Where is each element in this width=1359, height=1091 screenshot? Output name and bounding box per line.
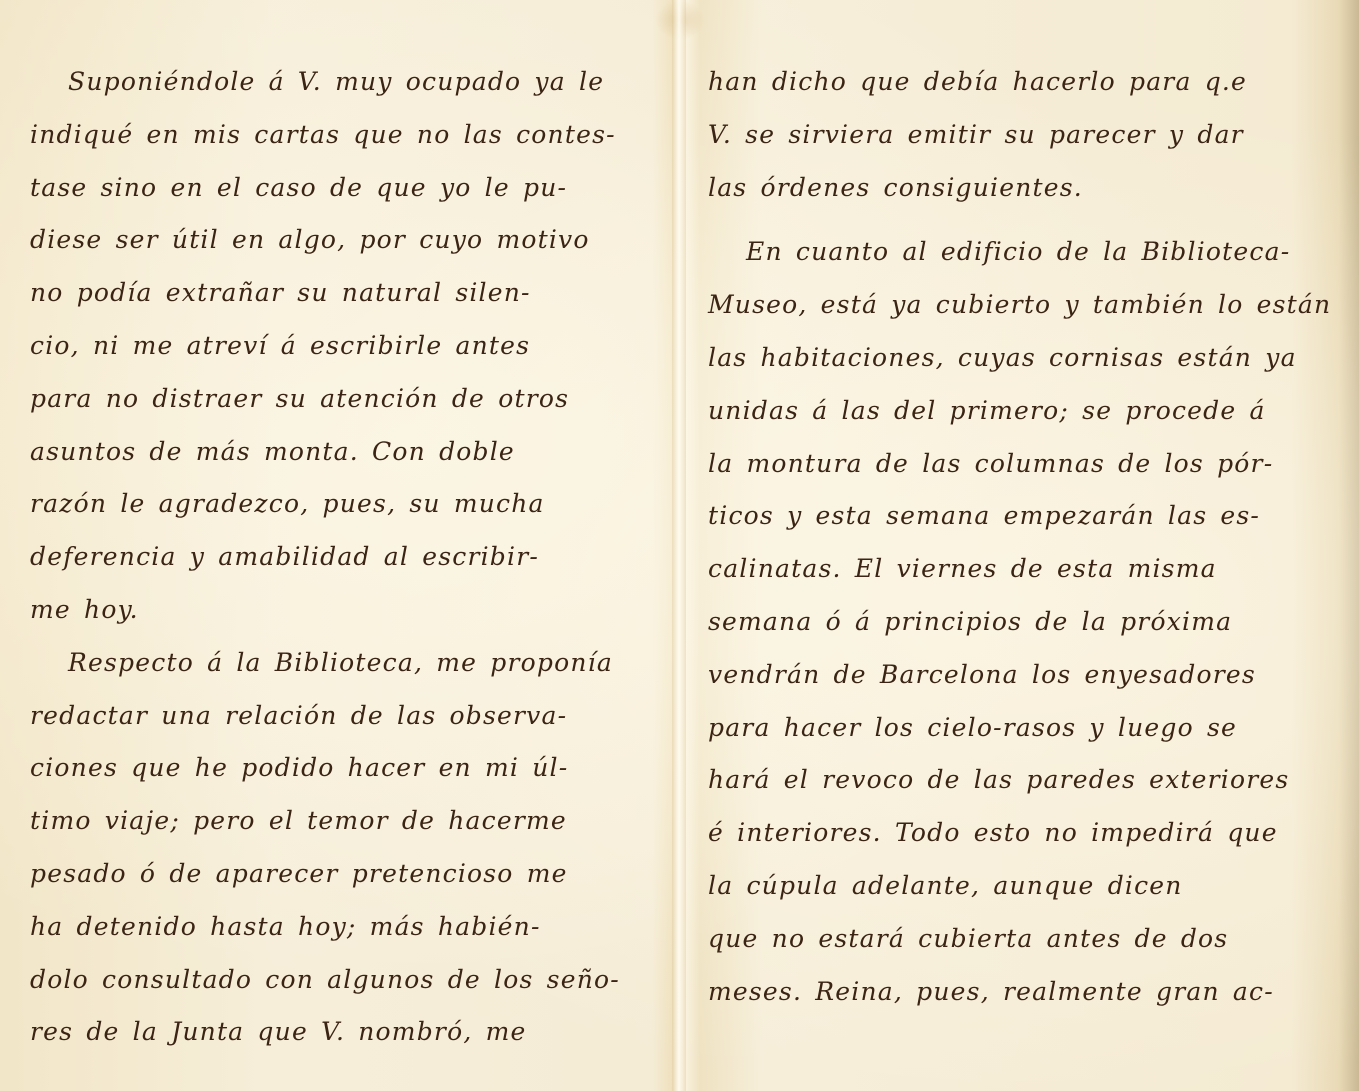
text-line: deferencia y amabilidad al escribir- [30,531,670,584]
text-line: diese ser útil en algo, por cuyo motivo [30,214,670,267]
text-line: En cuanto al edificio de la Biblioteca- [708,226,1338,279]
center-fold [672,0,686,1091]
letter-scan: Suponiéndole á V. muy ocupado ya le indi… [0,0,1359,1091]
text-line: para no distraer su atención de otros [30,373,670,426]
text-line: tase sino en el caso de que yo le pu- [30,162,670,215]
text-line: ha detenido hasta hoy; más habién- [30,901,670,954]
text-line: cio, ni me atreví á escribirle antes [30,320,670,373]
text-line: hará el revoco de las paredes exteriores [708,754,1338,807]
text-line: semana ó á principios de la próxima [708,596,1338,649]
text-line: las órdenes consiguientes. [708,162,1338,215]
text-line: no podía extrañar su natural silen- [30,267,670,320]
left-page: Suponiéndole á V. muy ocupado ya le indi… [30,56,670,1059]
text-line: unidas á las del primero; se procede á [708,385,1338,438]
text-line: indiqué en mis cartas que no las contes- [30,109,670,162]
text-line: para hacer los cielo-rasos y luego se [708,702,1338,755]
text-line: razón le agradezco, pues, su mucha [30,478,670,531]
text-line: asuntos de más monta. Con doble [30,426,670,479]
text-line: ciones que he podido hacer en mi úl- [30,742,670,795]
text-line: Museo, está ya cubierto y también lo est… [708,279,1338,332]
text-line: que no estará cubierta antes de dos [708,913,1338,966]
text-line: la montura de las columnas de los pór- [708,438,1338,491]
text-line: vendrán de Barcelona los enyesadores [708,649,1338,702]
text-line: Suponiéndole á V. muy ocupado ya le [30,56,670,109]
text-line: Respecto á la Biblioteca, me proponía [30,637,670,690]
text-line: meses. Reina, pues, realmente gran ac- [708,966,1338,1019]
text-line: redactar una relación de las observa- [30,690,670,743]
text-line: res de la Junta que V. nombró, me [30,1006,670,1059]
text-line: han dicho que debía hacerlo para q.e [708,56,1338,109]
text-line: é interiores. Todo esto no impedirá que [708,807,1338,860]
text-line: V. se sirviera emitir su parecer y dar [708,109,1338,162]
text-line: timo viaje; pero el temor de hacerme [30,795,670,848]
right-page: han dicho que debía hacerlo para q.e V. … [708,56,1338,1018]
text-line: me hoy. [30,584,670,637]
text-line: calinatas. El viernes de esta misma [708,543,1338,596]
text-line: la cúpula adelante, aunque dicen [708,860,1338,913]
text-line: las habitaciones, cuyas cornisas están y… [708,332,1338,385]
text-line: dolo consultado con algunos de los seño- [30,954,670,1007]
text-line: ticos y esta semana empezarán las es- [708,490,1338,543]
text-line: pesado ó de aparecer pretencioso me [30,848,670,901]
